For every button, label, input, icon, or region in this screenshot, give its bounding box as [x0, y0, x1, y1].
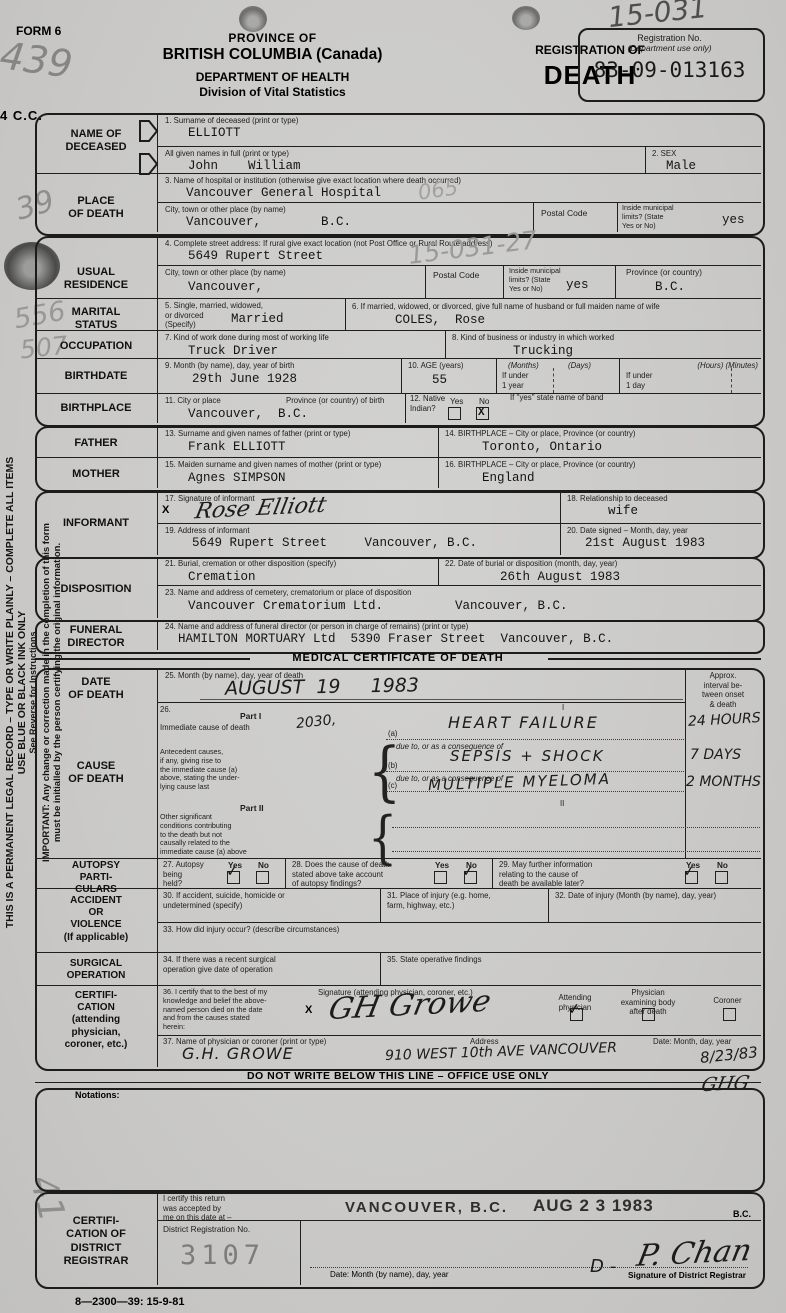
notations-label: Notations: — [75, 1090, 120, 1100]
caption-31: 31. Place of injury (e.g. home, farm, hi… — [387, 891, 491, 910]
divider — [157, 668, 158, 1067]
certifier-x-mark: X — [305, 1004, 312, 1016]
caption-36: 36. I certify that to the best of my kno… — [163, 988, 267, 1032]
section-label-birthplace: BIRTHPLACE — [35, 402, 157, 415]
caption-industry: 8. Kind of business or industry in which… — [452, 333, 614, 343]
divider — [285, 858, 286, 888]
caption-disposition: 21. Burial, cremation or other dispositi… — [165, 559, 336, 569]
divider — [35, 858, 761, 859]
section-label-cause-of-death: CAUSE OF DEATH — [35, 760, 157, 787]
divider — [503, 265, 504, 298]
caption-place-city: City, town or other place (by name) — [165, 205, 286, 215]
punch-hole — [239, 6, 267, 32]
divider — [157, 1035, 761, 1036]
registration-no-title: Registration No. — [580, 33, 759, 43]
work-value: Truck Driver — [188, 344, 278, 358]
caption-place-postal: Postal Code — [541, 208, 587, 218]
part2-label: Part II — [240, 803, 264, 813]
pencil-note-439: 439 — [0, 33, 75, 87]
caption-residence-municipal: Inside municipal limits? (State Yes or N… — [509, 267, 561, 293]
sidebar-line1: THIS IS A PERMANENT LEGAL RECORD – TYPE … — [4, 400, 16, 985]
q29-yes-mark: ✓ — [682, 861, 696, 880]
caption-under-day: If under 1 day — [626, 371, 652, 390]
informant-x-mark: X — [162, 504, 169, 516]
caption-band-name: If ''yes'' state name of band — [510, 393, 604, 403]
caption-native-indian: 12. Native Indian? — [410, 394, 445, 413]
caption-residence-city: City, town or other place (by name) — [165, 268, 286, 278]
cause-c-label: (c) — [388, 781, 397, 791]
divider — [405, 393, 406, 423]
divider — [157, 557, 158, 618]
divider — [157, 1192, 158, 1285]
divider — [438, 426, 439, 488]
divider — [548, 888, 549, 922]
cemetery-city-value: Vancouver, B.C. — [455, 599, 568, 613]
caption-province: Province (or country) — [626, 268, 702, 278]
marital-status-value: Married — [231, 312, 284, 326]
registration-number: 83-09-013163 — [580, 58, 759, 82]
caption-28: 28. Does the cause of death stated above… — [292, 860, 390, 889]
caption-cemetery: 23. Name and address of cemetery, cremat… — [165, 588, 411, 598]
caption-29: 29. May further information relating to … — [499, 860, 592, 889]
registration-no-subtitle: (Department use only) — [580, 43, 759, 53]
divider — [548, 658, 761, 660]
q28-yes-checkbox — [434, 871, 447, 884]
divider — [386, 739, 684, 740]
divider — [685, 668, 686, 858]
caption-under-year: If under 1 year — [502, 371, 528, 390]
divider — [401, 358, 402, 393]
sidebar-line2: USE BLUE OR BLACK INK ONLY — [16, 400, 28, 985]
section-label-autopsy: AUTOPSY PARTI- CULARS — [35, 860, 157, 897]
q27-yes-mark: ✓ — [225, 861, 239, 880]
given-names-value: John William — [188, 159, 301, 173]
do-not-write-line: DO NOT WRITE BELOW THIS LINE – OFFICE US… — [35, 1070, 761, 1082]
native-yes-checkbox — [448, 407, 461, 420]
spouse-value: COLES, Rose — [395, 313, 485, 327]
divider — [157, 620, 158, 650]
residence-city-value: Vancouver, — [188, 280, 263, 294]
coroner-checkbox — [723, 1008, 736, 1021]
punch-hole — [512, 6, 540, 30]
divider — [560, 491, 561, 555]
part1-label: Part I — [240, 711, 261, 721]
department-of-health: DEPARTMENT OF HEALTH — [190, 70, 355, 84]
mother-value: Agnes SIMPSON — [188, 471, 286, 485]
section-label-informant: INFORMANT — [35, 517, 157, 530]
brace-part1: { — [368, 735, 401, 810]
caption-district-reg-no: District Registration No. — [163, 1224, 250, 1234]
divider — [619, 358, 620, 393]
british-columbia: BRITISH COLUMBIA (Canada) — [155, 46, 390, 64]
caption-registrar-signature: Signature of District Registrar — [628, 1270, 746, 1280]
cause-b-label: (b) — [388, 761, 398, 771]
registrar-place-stamp: VANCOUVER, B.C. — [345, 1199, 508, 1216]
divider — [157, 1220, 761, 1221]
division-vital-statistics: Division of Vital Statistics — [190, 85, 355, 99]
section-label-marital-status: MARITAL STATUS — [35, 306, 157, 333]
registrar-certify-text: I certify this return was accepted by me… — [163, 1194, 231, 1223]
divider — [553, 368, 554, 393]
caption-registrar-date: Date: Month (by name), day, year — [330, 1270, 449, 1279]
form-arrow-icon — [139, 152, 159, 176]
divider — [157, 922, 761, 923]
caption-32: 32. Date of injury (Month (by name), day… — [555, 891, 755, 901]
divider — [157, 702, 685, 703]
caption-relationship: 18. Relationship to deceased — [567, 494, 668, 504]
caption-disposition-date: 22. Date of burial or disposition (month… — [445, 559, 617, 569]
divider — [731, 368, 732, 393]
birthplace-value: Vancouver, B.C. — [188, 407, 308, 421]
divider — [35, 457, 761, 458]
registrar-signature: P. Chan — [634, 1233, 755, 1274]
divider — [35, 298, 761, 299]
divider — [615, 265, 616, 298]
part2-numeral: II — [560, 799, 564, 809]
form-code: 8—2300—39: 15-9-81 — [75, 1296, 184, 1308]
q27-no-label: No — [258, 861, 269, 871]
birthdate-value: 29th June 1928 — [192, 372, 297, 386]
caption-mother-birthplace: 16. BIRTHPLACE – City or place, Province… — [445, 460, 636, 470]
caption-birthplace-province: Province (or country) of birth — [286, 396, 384, 406]
divider — [645, 146, 646, 173]
physician-name-value: G.H. GROWE — [182, 1044, 294, 1063]
street-value: 5649 Rupert Street — [188, 249, 323, 263]
caption-months: (Months) — [508, 361, 539, 371]
district-reg-no-stamp: 3107 — [180, 1240, 265, 1271]
caption-37-date: Date: Month, day, year — [653, 1037, 731, 1047]
residence-municipal-value: yes — [566, 278, 589, 292]
caption-residence-postal: Postal Code — [433, 270, 479, 280]
province-of: PROVINCE OF — [190, 31, 355, 45]
institution-value: Vancouver General Hospital — [186, 186, 381, 200]
form-arrow-icon — [139, 119, 159, 143]
native-no-mark: X — [478, 407, 485, 419]
caption-hours-minutes: (Hours) (Minutes) — [660, 361, 758, 371]
caption-sex: 2. SEX — [652, 149, 676, 159]
father-birthplace-value: Toronto, Ontario — [482, 440, 602, 454]
divider — [35, 358, 761, 359]
interval-b-value: 7 DAYS — [690, 747, 741, 763]
caption-date-signed: 20. Date signed – Month, day, year — [567, 526, 688, 536]
q29-no-checkbox — [715, 871, 728, 884]
notations-box — [35, 1088, 765, 1192]
native-yes-label: Yes — [450, 397, 463, 407]
relationship-value: wife — [608, 504, 638, 518]
mother-birthplace-value: England — [482, 471, 535, 485]
divider — [35, 985, 761, 986]
col-coroner: Coroner — [700, 996, 755, 1006]
caption-days: (Days) — [568, 361, 591, 371]
divider — [35, 393, 761, 394]
caption-informant-address: 19. Address of informant — [165, 526, 250, 536]
other-conditions-label: Other significant conditions contributin… — [160, 813, 247, 857]
divider — [300, 1220, 301, 1285]
caption-34: 34. If there was a recent surgical opera… — [163, 955, 276, 974]
place-city-value: Vancouver, B.C. — [186, 215, 351, 229]
native-no-checkbox: X — [476, 407, 489, 420]
caption-surname: 1. Surname of deceased (print or type) — [165, 116, 298, 126]
section-label-date-of-death: DATE OF DEATH — [35, 676, 157, 703]
section-label-usual-residence: USUAL RESIDENCE — [35, 266, 157, 293]
caption-30: 30. If accident, suicide, homicide or un… — [163, 891, 285, 910]
caption-35: 35. State operative findings — [387, 955, 482, 965]
attending-mark: ✓ — [567, 999, 581, 1018]
section-label-mother: MOTHER — [35, 468, 157, 481]
industry-value: Trucking — [513, 344, 573, 358]
caption-27: 27. Autopsy being held? — [163, 860, 204, 889]
father-value: Frank ELLIOTT — [188, 440, 286, 454]
divider — [157, 585, 761, 586]
disposition-value: Cremation — [188, 570, 256, 584]
cause-a-numeral: I — [562, 703, 564, 713]
section-label-accident: ACCIDENT OR VIOLENCE (If applicable) — [35, 895, 157, 944]
divider — [35, 1082, 761, 1083]
native-no-label: No — [479, 397, 489, 407]
divider — [157, 146, 761, 147]
section-label-birthdate: BIRTHDATE — [35, 370, 157, 383]
divider — [345, 298, 346, 330]
divider — [492, 858, 493, 888]
divider — [35, 952, 761, 953]
interval-header: Approx. interval be- tween onset & death — [687, 671, 759, 709]
caption-33: 33. How did injury occur? (describe circ… — [163, 925, 339, 935]
registrar-bc-label: B.C. — [733, 1209, 751, 1219]
divider — [380, 952, 381, 985]
divider — [392, 851, 760, 852]
caption-father-birthplace: 14. BIRTHPLACE – City or place, Province… — [445, 429, 636, 439]
section-label-father: FATHER — [35, 437, 157, 450]
examining-checkbox — [642, 1008, 655, 1021]
antecedent-label: Antecedent causes, if any, giving rise t… — [160, 748, 240, 792]
parents-group — [35, 426, 765, 492]
caption-father: 13. Surname and given names of father (p… — [165, 429, 351, 439]
divider — [35, 658, 250, 660]
disposition-date-value: 26th August 1983 — [500, 570, 620, 584]
age-value: 55 — [432, 373, 447, 387]
section-label-funeral-director: FUNERAL DIRECTOR — [35, 624, 157, 651]
section-label-disposition: DISPOSITION — [35, 583, 157, 596]
section-label-surgical: SURGICAL OPERATION — [35, 958, 157, 982]
caption-work: 7. Kind of work done during most of work… — [165, 333, 329, 343]
section-label-place-of-death: PLACE OF DEATH — [35, 195, 157, 222]
funeral-director-value: HAMILTON MORTUARY Ltd 5390 Fraser Street… — [178, 632, 613, 646]
q27-no-checkbox — [256, 871, 269, 884]
divider — [392, 827, 760, 828]
informant-address-value: 5649 Rupert Street Vancouver, B.C. — [192, 536, 477, 550]
caption-spouse: 6. If married, widowed, or divorced, giv… — [352, 302, 757, 312]
death-certificate-page: FORM 6 4 C.C. 439 39 556 507 41 PROVINCE… — [0, 0, 786, 1313]
immediate-cause-label: Immediate cause of death — [160, 723, 250, 733]
q28-no-mark: ✓ — [461, 861, 475, 880]
caption-place-municipal: Inside municipal limits? (State Yes or N… — [622, 204, 674, 230]
cause-a-value: HEART FAILURE — [448, 713, 599, 732]
caption-given-names: All given names in full (print or type) — [165, 149, 289, 159]
divider — [438, 557, 439, 585]
caption-funeral-director: 24. Name and address of funeral director… — [165, 622, 745, 632]
caption-26: 26. — [160, 705, 171, 715]
divider — [157, 265, 761, 266]
caption-birthdate: 9. Month (by name), day, year of birth — [165, 361, 294, 371]
date-signed-value: 21st August 1983 — [585, 536, 705, 550]
cause-b-value: SEPSIS + SHOCK — [450, 747, 605, 765]
divider — [380, 888, 381, 922]
sex-value: Male — [666, 159, 696, 173]
caption-birthplace-city: 11. City or place — [165, 396, 221, 406]
divider — [157, 523, 761, 524]
section-label-certification: CERTIFI- CATION (attending physician, co… — [35, 990, 157, 1051]
place-municipal-value: yes — [722, 213, 745, 227]
divider — [425, 265, 426, 298]
cemetery-value: Vancouver Crematorium Ltd. — [188, 599, 383, 613]
divider — [200, 699, 683, 700]
registrar-d-mark: D - — [590, 1256, 616, 1277]
caption-mother: 15. Maiden surname and given names of mo… — [165, 460, 381, 470]
section-label-district-registrar: CERTIFI- CATION OF DISTRICT REGISTRAR — [35, 1215, 157, 1269]
surname-value: ELLIOTT — [188, 126, 241, 140]
q28-yes-label: Yes — [435, 861, 449, 871]
caption-age: 10. AGE (years) — [408, 361, 463, 371]
interval-c-value: 2 MONTHS — [686, 774, 761, 790]
q29-no-label: No — [717, 861, 728, 871]
province-value: B.C. — [655, 280, 685, 294]
divider — [617, 202, 618, 232]
divider — [496, 358, 497, 393]
date-of-death-value: AUGUST 19 1983 — [225, 674, 419, 699]
registrar-date-stamp: AUG 2 3 1983 — [533, 1196, 654, 1216]
divider — [445, 330, 446, 358]
section-label-occupation: OCCUPATION — [35, 340, 157, 353]
